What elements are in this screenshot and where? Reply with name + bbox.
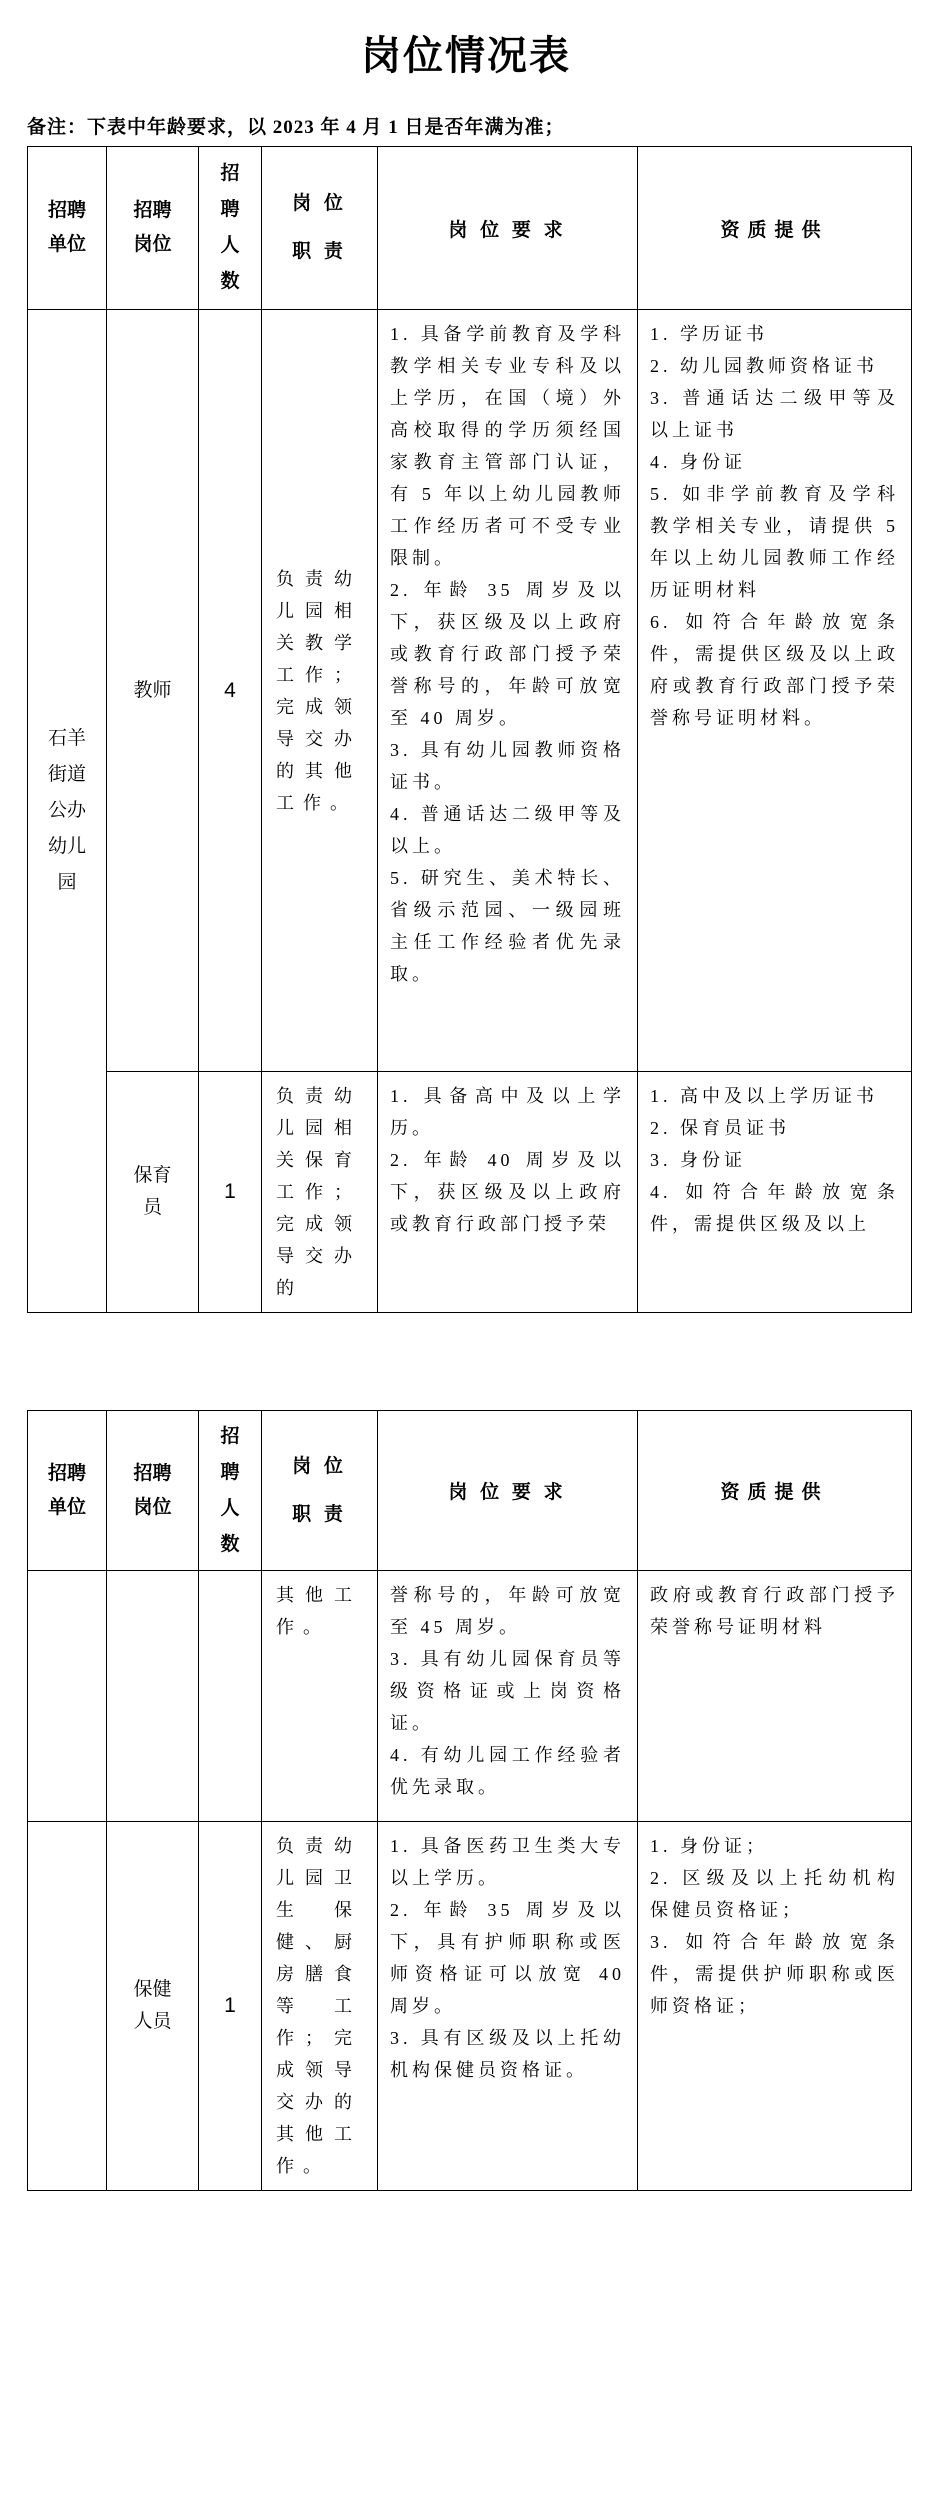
cell-position: 保健人员	[107, 1822, 199, 2191]
header-duty: 岗 位 职 责	[262, 147, 378, 310]
cell-qualifications: 政府或教育行政部门授予荣誉称号证明材料	[638, 1571, 912, 1822]
header-duty: 岗 位 职 责	[262, 1411, 378, 1571]
header-recruiting-position: 招聘岗位	[107, 147, 199, 310]
header-recruiting-count: 招聘人数	[199, 147, 262, 310]
header-recruiting-count: 招聘人数	[199, 1411, 262, 1571]
header-recruiting-position: 招聘岗位	[107, 1411, 199, 1571]
cell-unit-empty	[28, 1822, 107, 2191]
table-row-nursery-worker: 保育员 1 负责幼儿园相关保育工作；完成领导交办的 1. 具备高中及以上学历。 …	[28, 1072, 912, 1313]
header-recruiting-unit: 招聘单位	[28, 1411, 107, 1571]
table1-header-row: 招聘单位 招聘岗位 招聘人数 岗 位 职 责 岗 位 要 求 资质提供	[28, 147, 912, 310]
cell-count: 4	[199, 310, 262, 1072]
cell-unit: 石羊街道公办幼儿园	[28, 310, 107, 1313]
cell-duty: 负责幼儿园相关教学工作；完成领导交办的其他工作。	[262, 310, 378, 1072]
cell-requirements: 1. 具备医药卫生类大专以上学历。 2. 年龄 35 周岁及以下，具有护师职称或…	[378, 1822, 638, 2191]
header-requirements: 岗 位 要 求	[378, 147, 638, 310]
table-row-health-worker: 保健人员 1 负责幼儿园卫生保健、厨房膳食等工作；完成领导交办的其他工作。 1.…	[28, 1822, 912, 2191]
cell-position-empty	[107, 1571, 199, 1822]
cell-duty: 负责幼儿园卫生保健、厨房膳食等工作；完成领导交办的其他工作。	[262, 1822, 378, 2191]
cell-position: 教师	[107, 310, 199, 1072]
cell-duty: 其他工作。	[262, 1571, 378, 1822]
header-qualifications: 资质提供	[638, 147, 912, 310]
page-title: 岗位情况表	[0, 30, 932, 82]
cell-requirements: 誉称号的，年龄可放宽至 45 周岁。 3. 具有幼儿园保育员等级资格证或上岗资格…	[378, 1571, 638, 1822]
table-row-teacher: 石羊街道公办幼儿园 教师 4 负责幼儿园相关教学工作；完成领导交办的其他工作。 …	[28, 310, 912, 1072]
cell-qualifications: 1. 学历证书 2. 幼儿园教师资格证书 3. 普通话达二级甲等及以上证书 4.…	[638, 310, 912, 1072]
positions-table-1: 招聘单位 招聘岗位 招聘人数 岗 位 职 责 岗 位 要 求 资质提供 石羊街道…	[27, 146, 912, 1313]
cell-count: 1	[199, 1072, 262, 1313]
cell-requirements: 1. 具备学前教育及学科教学相关专业专科及以上学历，在国（境）外高校取得的学历须…	[378, 310, 638, 1072]
cell-position: 保育员	[107, 1072, 199, 1313]
cell-qualifications: 1. 高中及以上学历证书 2. 保育员证书 3. 身份证 4. 如符合年龄放宽条…	[638, 1072, 912, 1313]
cell-qualifications: 1. 身份证； 2. 区级及以上托幼机构保健员资格证； 3. 如符合年龄放宽条件…	[638, 1822, 912, 2191]
table-row-nursery-continued: 其他工作。 誉称号的，年龄可放宽至 45 周岁。 3. 具有幼儿园保育员等级资格…	[28, 1571, 912, 1822]
positions-table-2: 招聘单位 招聘岗位 招聘人数 岗 位 职 责 岗 位 要 求 资质提供 其他工作…	[27, 1410, 912, 2191]
cell-count-empty	[199, 1571, 262, 1822]
note-text: 备注：下表中年龄要求，以 2023 年 4 月 1 日是否年满为准；	[27, 116, 932, 140]
cell-count: 1	[199, 1822, 262, 2191]
cell-requirements: 1. 具备高中及以上学历。 2. 年龄 40 周岁及以下，获区级及以上政府或教育…	[378, 1072, 638, 1313]
cell-unit-empty	[28, 1571, 107, 1822]
header-requirements: 岗 位 要 求	[378, 1411, 638, 1571]
cell-duty: 负责幼儿园相关保育工作；完成领导交办的	[262, 1072, 378, 1313]
header-qualifications: 资质提供	[638, 1411, 912, 1571]
header-recruiting-unit: 招聘单位	[28, 147, 107, 310]
table2-header-row: 招聘单位 招聘岗位 招聘人数 岗 位 职 责 岗 位 要 求 资质提供	[28, 1411, 912, 1571]
